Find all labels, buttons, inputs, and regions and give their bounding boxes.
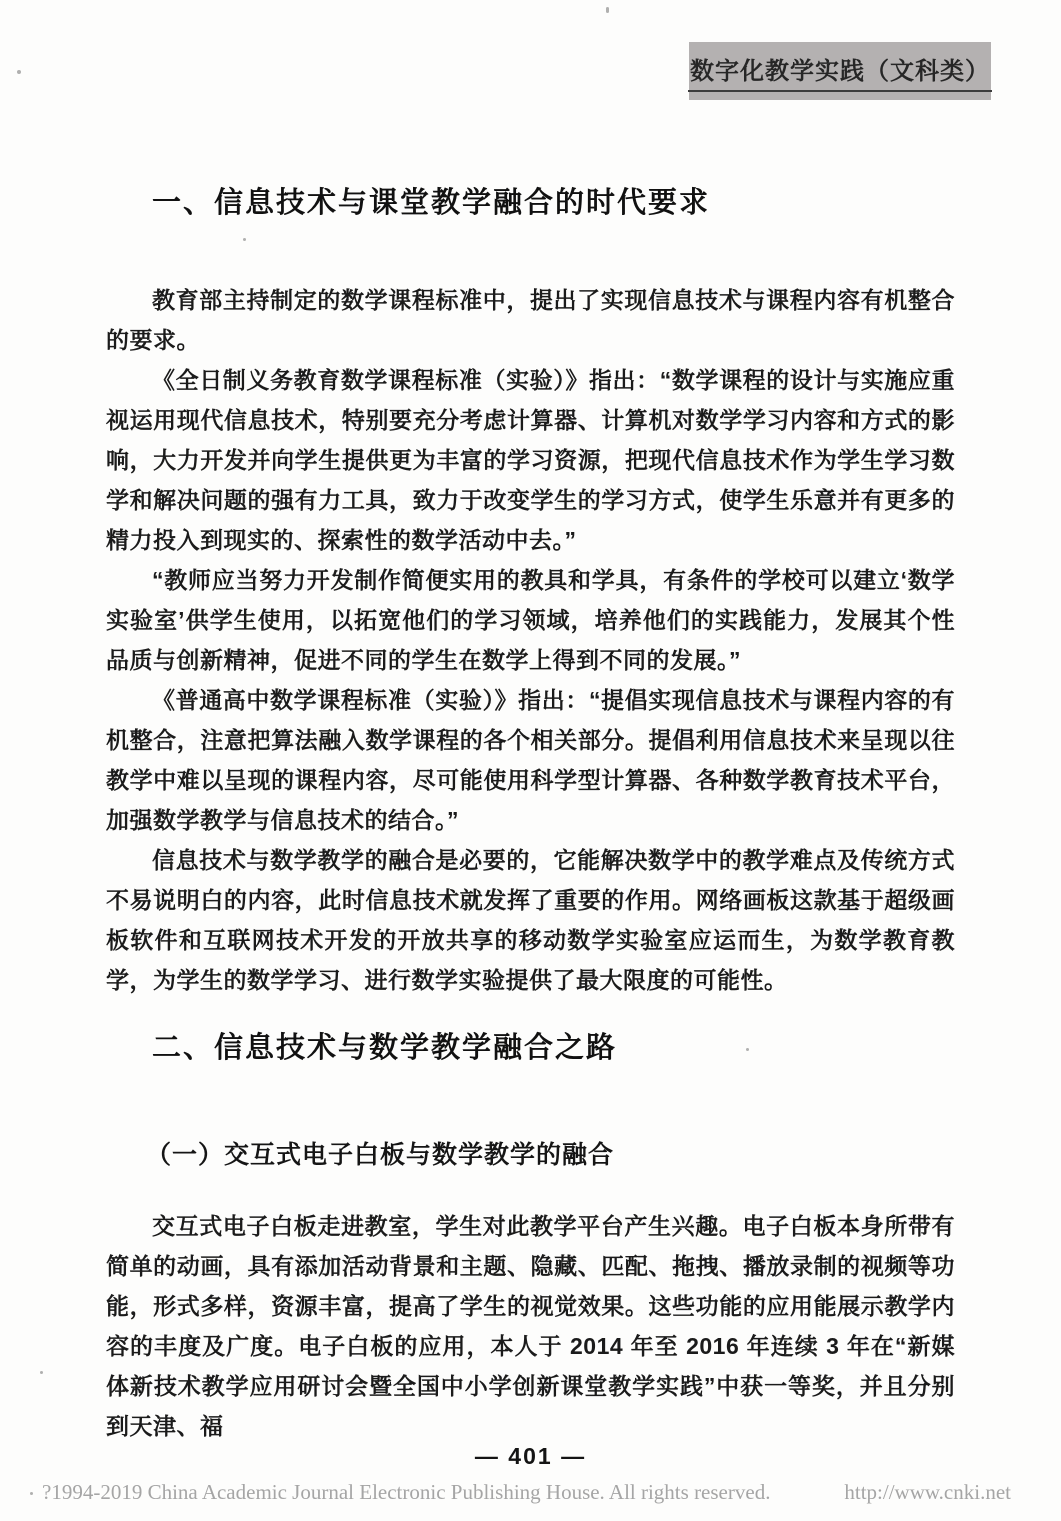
page-number: — 401 —: [0, 1443, 1061, 1470]
document-body: 一、信息技术与课堂教学融合的时代要求 教育部主持制定的数学课程标准中，提出了实现…: [106, 0, 955, 1446]
section-2-subheading: （一）交互式电子白板与数学教学的融合: [146, 1138, 955, 1172]
paragraph: 教育部主持制定的数学课程标准中，提出了实现信息技术与课程内容有机整合的要求。: [106, 280, 955, 360]
paragraph: 信息技术与数学教学的融合是必要的，它能解决数学中的教学难点及传统方式不易说明白的…: [106, 840, 955, 1000]
paragraph: “教师应当努力开发制作简便实用的教具和学具，有条件的学校可以建立‘数学实验室’供…: [106, 560, 955, 680]
section-1-heading: 一、信息技术与课堂教学融合的时代要求: [152, 183, 955, 223]
scan-speck: [17, 70, 21, 74]
paragraph: 交互式电子白板走进教室，学生对此教学平台产生兴趣。电子白板本身所带有简单的动画，…: [106, 1206, 955, 1446]
scan-speck: [606, 7, 609, 13]
copyright-text: ?1994-2019 China Academic Journal Electr…: [42, 1480, 770, 1505]
publisher-url: http://www.cnki.net: [844, 1480, 1011, 1505]
section-2-heading: 二、信息技术与数学教学融合之路: [152, 1028, 955, 1068]
scan-speck: [243, 238, 246, 241]
copyright-row: ?1994-2019 China Academic Journal Electr…: [42, 1480, 1011, 1505]
section-2-paragraphs: 交互式电子白板走进教室，学生对此教学平台产生兴趣。电子白板本身所带有简单的动画，…: [106, 1206, 955, 1446]
scan-speck: [746, 1048, 749, 1051]
scan-speck: [30, 1492, 33, 1495]
paragraph: 《全日制义务教育数学课程标准（实验）》指出：“数学课程的设计与实施应重视运用现代…: [106, 360, 955, 560]
scanned-document-page: 数字化教学实践（文科类） 一、信息技术与课堂教学融合的时代要求 教育部主持制定的…: [0, 0, 1061, 1521]
section-1-paragraphs: 教育部主持制定的数学课程标准中，提出了实现信息技术与课程内容有机整合的要求。 《…: [106, 280, 955, 1000]
paragraph: 《普通高中数学课程标准（实验）》指出：“提倡实现信息技术与课程内容的有机整合，注…: [106, 680, 955, 840]
scan-speck: [40, 1371, 43, 1374]
